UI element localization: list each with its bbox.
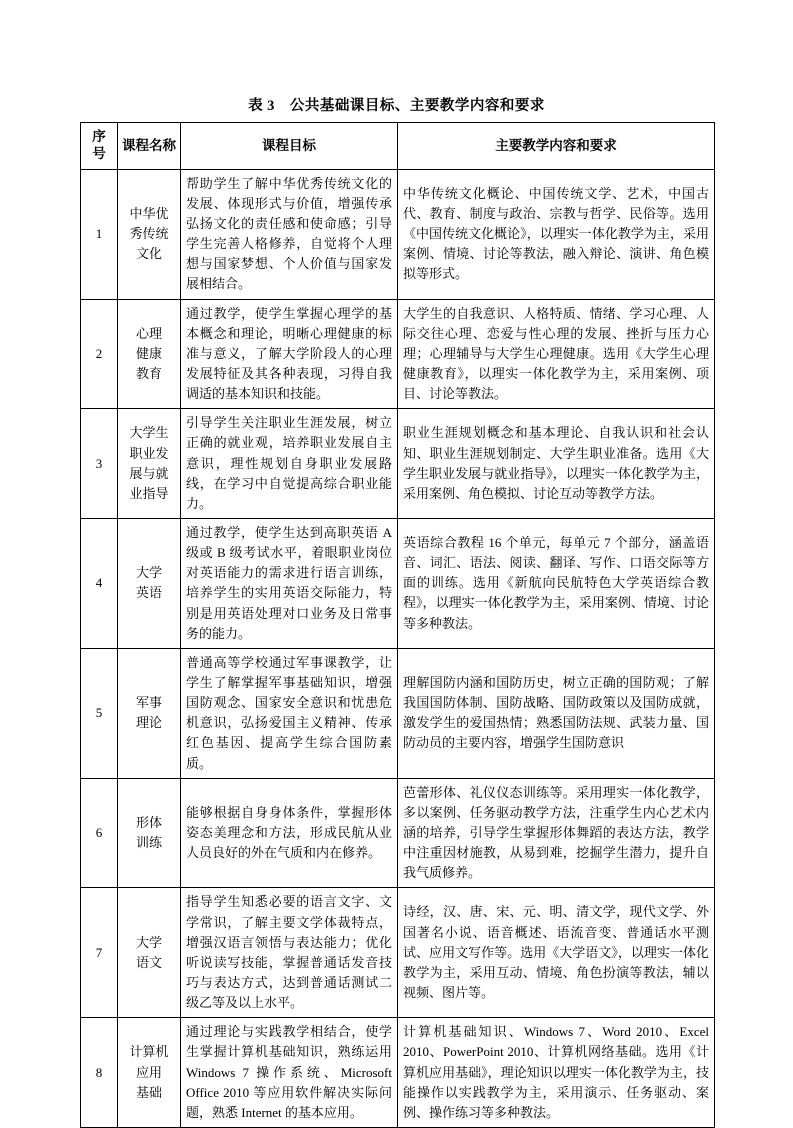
- cell-serial-number: 6: [81, 778, 118, 888]
- table-row: 2 心理 健康 教育 通过教学，使学生掌握心理学的基本概念和理论，明晰心理健康的…: [81, 299, 715, 409]
- cell-teaching-content: 职业生涯规划概念和基本理论、自我认识和社会认知、职业生涯规划制定、大学生职业准备…: [398, 409, 715, 519]
- cell-course-name: 大学 语文: [118, 888, 181, 1018]
- cell-course-objective: 能够根据自身身体条件，掌握形体姿态美理念和方法，形成民航从业人员良好的外在气质和…: [181, 778, 398, 888]
- cell-course-objective: 帮助学生了解中华优秀传统文化的发展、体现形式与价值，增强传承弘扬文化的责任感和使…: [181, 169, 398, 299]
- cell-teaching-content: 诗经，汉、唐、宋、元、明、清文学，现代文学、外国著名小说、语音概述、语流音变、普…: [398, 888, 715, 1018]
- table-row: 1 中华优 秀传统 文化 帮助学生了解中华优秀传统文化的发展、体现形式与价值，增…: [81, 169, 715, 299]
- course-table: 序 号 课程名称 课程目标 主要教学内容和要求 1 中华优 秀传统 文化 帮助学…: [80, 122, 715, 1128]
- cell-course-name: 中华优 秀传统 文化: [118, 169, 181, 299]
- cell-teaching-content: 大学生的自我意识、人格特质、情绪、学习心理、人际交往心理、恋爱与性心理的发展、挫…: [398, 299, 715, 409]
- cell-serial-number: 7: [81, 888, 118, 1018]
- cell-course-name: 大学生 职业发 展与就 业指导: [118, 409, 181, 519]
- header-teaching-content: 主要教学内容和要求: [398, 123, 715, 170]
- table-header-row: 序 号 课程名称 课程目标 主要教学内容和要求: [81, 123, 715, 170]
- cell-course-name: 军事 理论: [118, 648, 181, 778]
- cell-serial-number: 4: [81, 519, 118, 649]
- cell-serial-number: 8: [81, 1018, 118, 1128]
- table-row: 6 形体 训练 能够根据自身身体条件，掌握形体姿态美理念和方法，形成民航从业人员…: [81, 778, 715, 888]
- table-row: 4 大学 英语 通过教学，使学生达到高职英语 A 级或 B 级考试水平，着眼职业…: [81, 519, 715, 649]
- cell-teaching-content: 理解国防内涵和国防历史，树立正确的国防观；了解我国国防体制、国防战略、国防政策以…: [398, 648, 715, 778]
- table-row: 3 大学生 职业发 展与就 业指导 引导学生关注职业生涯发展，树立正确的就业观，…: [81, 409, 715, 519]
- cell-course-name: 形体 训练: [118, 778, 181, 888]
- cell-course-objective: 通过教学，使学生达到高职英语 A 级或 B 级考试水平，着眼职业岗位对英语能力的…: [181, 519, 398, 649]
- cell-course-objective: 引导学生关注职业生涯发展，树立正确的就业观，培养职业发展自主意识，理性规划自身职…: [181, 409, 398, 519]
- cell-teaching-content: 芭蕾形体、礼仪仪态训练等。采用理实一体化教学，多以案例、任务驱动教学方法，注重学…: [398, 778, 715, 888]
- cell-teaching-content: 中华传统文化概论、中国传统文学、艺术，中国古代、教育、制度与政治、宗教与哲学、民…: [398, 169, 715, 299]
- cell-teaching-content: 英语综合教程 16 个单元，每单元 7 个部分，涵盖语音、词汇、语法、阅读、翻译…: [398, 519, 715, 649]
- cell-serial-number: 3: [81, 409, 118, 519]
- table-row: 8 计算机 应用 基础 通过理论与实践教学相结合，使学生掌握计算机基础知识，熟练…: [81, 1018, 715, 1128]
- cell-course-name: 计算机 应用 基础: [118, 1018, 181, 1128]
- cell-course-name: 大学 英语: [118, 519, 181, 649]
- cell-course-objective: 通过教学，使学生掌握心理学的基本概念和理论，明晰心理健康的标准与意义，了解大学阶…: [181, 299, 398, 409]
- cell-course-objective: 指导学生知悉必要的语言文字、文学常识，了解主要文学体裁特点，增强汉语言领悟与表达…: [181, 888, 398, 1018]
- cell-course-objective: 普通高等学校通过军事课教学，让学生了解掌握军事基础知识，增强国防观念、国家安全意…: [181, 648, 398, 778]
- cell-serial-number: 2: [81, 299, 118, 409]
- header-course-objective: 课程目标: [181, 123, 398, 170]
- table-title: 表 3 公共基础课目标、主要教学内容和要求: [80, 94, 714, 115]
- table-row: 7 大学 语文 指导学生知悉必要的语言文字、文学常识，了解主要文学体裁特点，增强…: [81, 888, 715, 1018]
- header-serial-number: 序 号: [81, 123, 118, 170]
- cell-serial-number: 1: [81, 169, 118, 299]
- cell-course-name: 心理 健康 教育: [118, 299, 181, 409]
- document-page: 表 3 公共基础课目标、主要教学内容和要求 序 号 课程名称 课程目标 主要教学…: [0, 0, 793, 1122]
- cell-course-objective: 通过理论与实践教学相结合，使学生掌握计算机基础知识，熟练运用 Windows 7…: [181, 1018, 398, 1128]
- cell-serial-number: 5: [81, 648, 118, 778]
- table-row: 5 军事 理论 普通高等学校通过军事课教学，让学生了解掌握军事基础知识，增强国防…: [81, 648, 715, 778]
- header-course-name: 课程名称: [118, 123, 181, 170]
- cell-teaching-content: 计算机基础知识、Windows 7、Word 2010、Excel 2010、P…: [398, 1018, 715, 1128]
